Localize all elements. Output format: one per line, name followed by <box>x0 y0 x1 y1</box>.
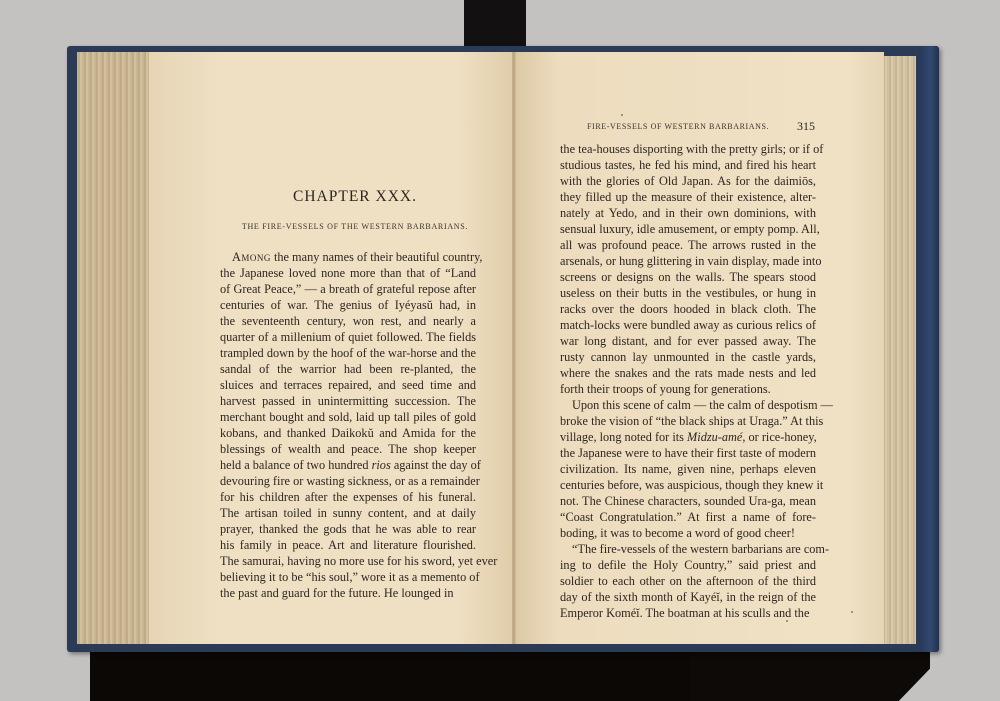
text-line: devouring fire or wasting sickness, or a… <box>220 473 476 489</box>
text-line: forth their troops of young for generati… <box>560 381 816 397</box>
text-line: his family in peace. Art and literature … <box>220 537 476 553</box>
text-line: useless on their butts in the vestibules… <box>560 285 816 301</box>
text-line: blessings of wealth and peace. The shop … <box>220 441 476 457</box>
text-line: centuries of war. The genius of Iyéyasŭ … <box>220 297 476 313</box>
left-page-body: Among the many names of their beautiful … <box>220 249 476 601</box>
paper-speck <box>851 611 853 613</box>
text-line: The artisan toiled in sunny content, and… <box>220 505 476 521</box>
page-edges-left <box>77 52 149 644</box>
text-line: prayer, thanked the gods that he was abl… <box>220 521 476 537</box>
text-line: all was profound peace. The arrows ruste… <box>560 237 816 253</box>
chapter-subtitle: THE FIRE-VESSELS OF THE WESTERN BARBARIA… <box>210 222 500 231</box>
ribbon-bookmark <box>464 0 526 52</box>
text-line: Emperor Koméĭ. The boatman at his sculls… <box>560 605 816 621</box>
text-line: arsenals, or hung glittering in vain dis… <box>560 253 816 269</box>
italic-term: rios <box>372 458 391 472</box>
text-line: merchant bought and sold, laid up tall p… <box>220 409 476 425</box>
text-line: kobans, and thanked Daikokŭ and Amida fo… <box>220 425 476 441</box>
text-line: The samurai, having no more use for his … <box>220 553 476 569</box>
paper-speck <box>621 114 623 116</box>
italic-term: Midzu-amé <box>687 430 742 444</box>
book-cover-edge <box>919 46 939 652</box>
running-head: FIRE-VESSELS OF WESTERN BARBARIANS. <box>587 122 815 131</box>
text-line: “The fire-vessels of the western barbari… <box>560 541 816 557</box>
text-line: the Japanese loved none more than that o… <box>220 265 476 281</box>
text-line: they filled up the measure of their exis… <box>560 189 816 205</box>
text-line: screens or designs on the walls. The spe… <box>560 269 816 285</box>
text-line: where the snakes and the rats made nests… <box>560 365 816 381</box>
text-line: boding, it was to become a word of good … <box>560 525 816 541</box>
text-line: the past and guard for the future. He lo… <box>220 585 476 601</box>
text-line: quarter of a millenium of quiet followed… <box>220 329 476 345</box>
text-line: studious tastes, he fed his mind, and fi… <box>560 157 816 173</box>
text-line: day of the sixth month of Kayéĭ, in the … <box>560 589 816 605</box>
text-line: Among the many names of their beautiful … <box>220 249 476 265</box>
text-line: believing it to be “his soul,” wore it a… <box>220 569 476 585</box>
text-line: war long distant, and for ever passed aw… <box>560 333 816 349</box>
text-line: the Japanese were to have their first ta… <box>560 445 816 461</box>
chapter-title: CHAPTER XXX. <box>210 188 500 206</box>
text-line: soldier to each other on the afternoon o… <box>560 573 816 589</box>
right-page-body: the tea-houses disporting with the prett… <box>560 141 816 621</box>
text-line: harvest passed in unintermitting success… <box>220 393 476 409</box>
text-line: the seventeenth century, won rest, and n… <box>220 313 476 329</box>
text-line: held a balance of two hundred rios again… <box>220 457 476 473</box>
text-line: sensual luxury, idle amusement, or empty… <box>560 221 816 237</box>
text-line: Upon this scene of calm — the calm of de… <box>560 397 816 413</box>
text-line: village, long noted for its Midzu-amé, o… <box>560 429 816 445</box>
text-line: not. The Chinese characters, sounded Ura… <box>560 493 816 509</box>
text-line: ing to defile the Holy Country,” said pr… <box>560 557 816 573</box>
book-gutter <box>512 52 516 644</box>
text-line: for his children after the expenses of h… <box>220 489 476 505</box>
text-line: civilization. Its name, given nine, perh… <box>560 461 816 477</box>
text-line: sandal of the warrior had been re-plante… <box>220 361 476 377</box>
text-line: with the glories of Old Japan. As for th… <box>560 173 816 189</box>
page-edges-right <box>882 56 916 644</box>
text-line: rusty cannon lay unmounted in the castle… <box>560 349 816 365</box>
text-line: “Coast Congratulation.” At first a name … <box>560 509 816 525</box>
text-line: nately at Yedo, and in their own dominio… <box>560 205 816 221</box>
text-line: racks over the doors hooded in black clo… <box>560 301 816 317</box>
page-number: 315 <box>797 119 815 134</box>
text-line: centuries before, was auspicious, though… <box>560 477 816 493</box>
text-line: broke the vision of “the black ships at … <box>560 413 816 429</box>
text-line: trampled down by the hoof of the war-hor… <box>220 345 476 361</box>
opening-word: Among <box>232 250 271 264</box>
text-line: of Great Peace,” — a breath of grateful … <box>220 281 476 297</box>
text-line: the tea-houses disporting with the prett… <box>560 141 816 157</box>
text-line: match-locks were bundled away as curious… <box>560 317 816 333</box>
text-line: sluices and terraces repaired, and seed … <box>220 377 476 393</box>
